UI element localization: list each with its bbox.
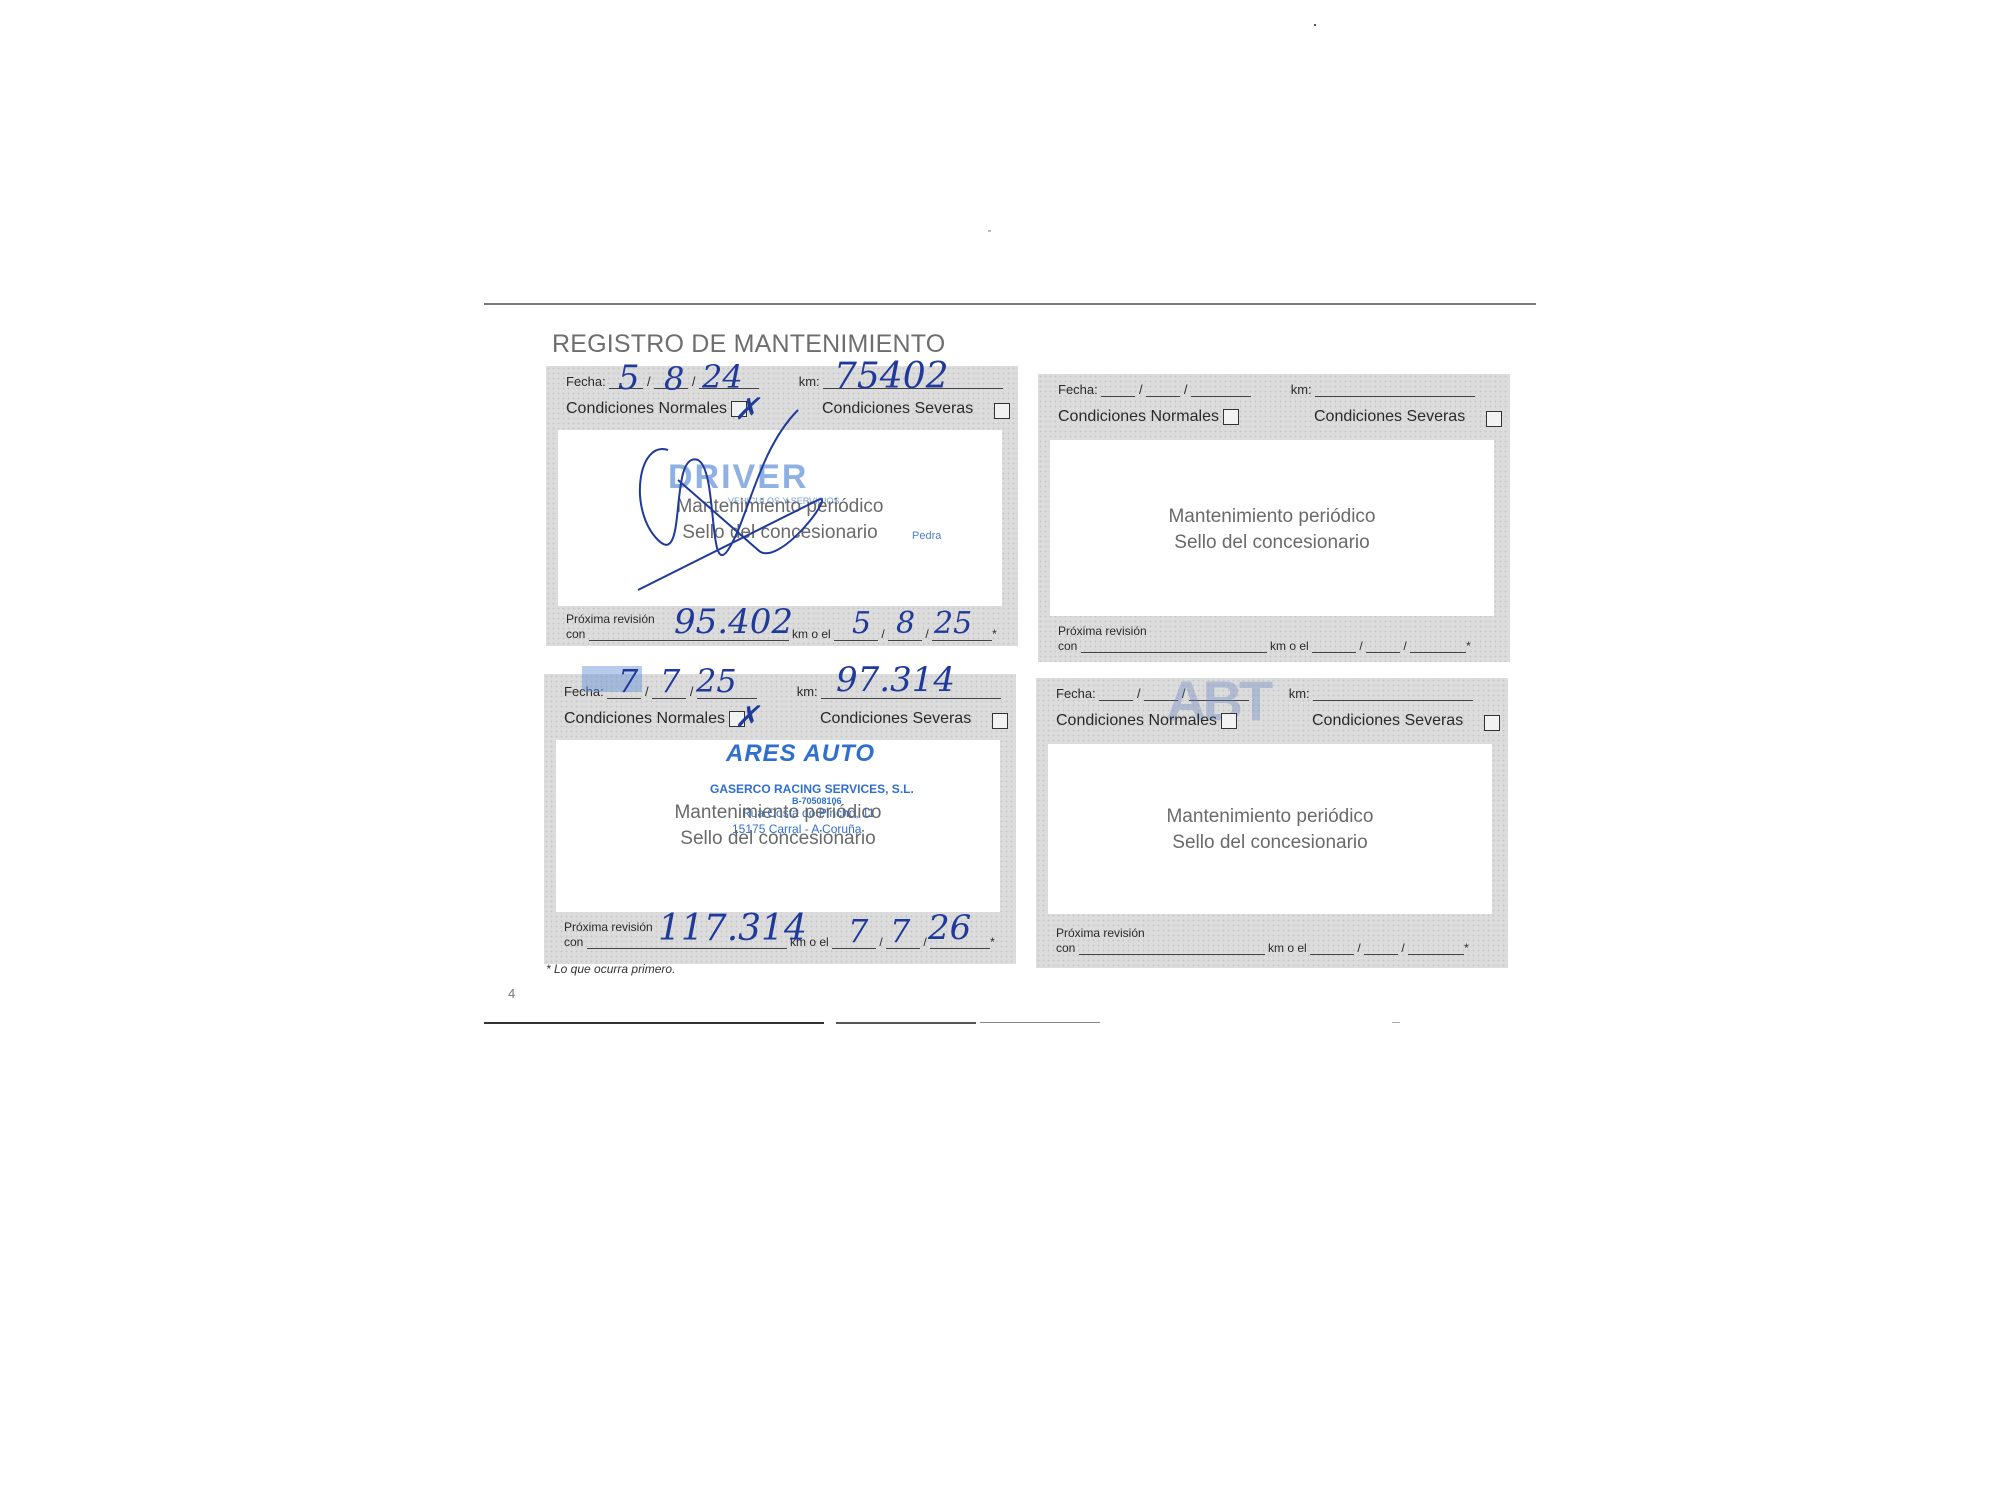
stamp-placeholder-text: Mantenimiento periódico Sello del conces… [1048, 804, 1492, 856]
dealer-stamp-box: Mantenimiento periódico Sello del conces… [1048, 744, 1492, 914]
handwritten-next-km: 117.314 [658, 908, 807, 949]
conditions-row: Condiciones Normales Condiciones Severas [1058, 408, 1498, 430]
stamp-line-1: Mantenimiento periódico [1048, 804, 1492, 830]
next-day-field[interactable] [1312, 638, 1356, 653]
dealer-stamp-box: Mantenimiento periódico Sello del conces… [1050, 440, 1494, 616]
severas-checkbox[interactable] [992, 713, 1008, 729]
next-month-field[interactable] [1366, 638, 1400, 653]
footnote: * Lo que ocurra primero. [546, 962, 675, 976]
date-km-row: Fecha: / / km: [1058, 382, 1498, 402]
severas-checkbox[interactable] [1486, 411, 1502, 427]
stamp-line-2: Sello del concesionario [1048, 830, 1492, 856]
next-day-field[interactable] [1310, 940, 1354, 955]
km-label: km: [1291, 382, 1312, 397]
km-label: km: [1289, 686, 1310, 701]
next-revision: Próxima revisión con km o el / / * [1056, 926, 1506, 955]
next-con-label: con [564, 935, 583, 949]
scan-speck [988, 230, 991, 232]
date-km-row: Fecha: / / km: [1056, 686, 1496, 706]
fecha-label: Fecha: [566, 374, 606, 389]
normales-checkbox[interactable] [1223, 409, 1239, 425]
fecha-year-field[interactable] [1191, 382, 1251, 397]
next-con-label: con [1056, 941, 1075, 955]
handwritten-fecha-day: 7 [618, 662, 638, 700]
stamp-line-1: Mantenimiento periódico [556, 800, 1000, 826]
severas-label: Condiciones Severas [820, 710, 971, 728]
scan-speck [1314, 24, 1316, 26]
page-title: REGISTRO DE MANTENIMIENTO [552, 330, 945, 359]
handwritten-next-km: 95.402 [674, 602, 793, 642]
next-km-field[interactable] [1081, 638, 1267, 653]
normales-checkbox[interactable] [1221, 713, 1237, 729]
checkmark-icon: ✗ [734, 700, 759, 735]
stamp-placeholder-text: Mantenimiento periódico Sello del conces… [1050, 504, 1494, 556]
bottom-rule [980, 1022, 1100, 1023]
normales-label: Condiciones Normales [564, 710, 725, 727]
asterisk: * [1466, 639, 1471, 653]
next-revision-label: Próxima revisión [1056, 926, 1506, 940]
next-km-field[interactable] [1079, 940, 1265, 955]
asterisk: * [992, 627, 997, 641]
normales-label: Condiciones Normales [1056, 712, 1217, 729]
stamp-line-2: Sello del concesionario [1050, 530, 1494, 556]
page-number: 4 [508, 986, 515, 1001]
dealer-stamp-line: GASERCO RACING SERVICES, S.L. [710, 782, 914, 796]
dealer-stamp-brand: ARES AUTO [726, 740, 875, 768]
handwritten-next-year: 26 [928, 908, 971, 948]
next-month-field[interactable] [1364, 940, 1398, 955]
handwritten-km: 97.314 [836, 660, 955, 700]
fecha-day-field[interactable] [1099, 686, 1133, 701]
handwritten-fecha-month: 7 [660, 662, 680, 700]
next-km-o-el-label: km o el [1268, 941, 1307, 955]
conditions-row: Condiciones Normales Condiciones Severas [1056, 712, 1496, 734]
dealer-stamp-box: ARES AUTO GASERCO RACING SERVICES, S.L. … [556, 740, 1000, 912]
stamp-placeholder-text: Mantenimiento periódico Sello del conces… [556, 800, 1000, 852]
next-con-label: con [566, 627, 585, 641]
maintenance-entry-1: Fecha: / / km: 5 8 24 75402 Condiciones … [546, 366, 1018, 646]
maintenance-entry-3: Fecha: / / km: 7 7 25 97.314 Condiciones… [544, 674, 1016, 964]
fecha-month-field[interactable] [1146, 382, 1180, 397]
stamp-line-2: Sello del concesionario [556, 826, 1000, 852]
handwritten-next-day: 7 [848, 912, 868, 950]
normales-label: Condiciones Normales [1058, 408, 1219, 425]
km-label: km: [797, 684, 818, 699]
maintenance-entry-4: Fecha: / / km: ABT Condiciones Normales … [1036, 678, 1508, 968]
conditions-row: Condiciones Normales Condiciones Severas [564, 710, 1004, 732]
next-revision: Próxima revisión con km o el / / * [1058, 624, 1508, 653]
fecha-day-field[interactable] [1101, 382, 1135, 397]
bottom-rule [484, 1022, 824, 1024]
km-field[interactable] [1313, 686, 1473, 701]
fecha-label: Fecha: [1056, 686, 1096, 701]
asterisk: * [1464, 941, 1469, 955]
severas-label: Condiciones Severas [1312, 712, 1463, 730]
severas-label: Condiciones Severas [1314, 408, 1465, 426]
next-year-field[interactable] [1410, 638, 1466, 653]
handwritten-next-year: 25 [934, 606, 972, 641]
next-year-field[interactable] [1408, 940, 1464, 955]
dealer-stamp-box: DRIVER VEHICULOS Y SERVICIOS Pedra Mante… [558, 430, 1002, 606]
bottom-rule [836, 1022, 976, 1024]
handwritten-next-month: 8 [896, 606, 915, 641]
asterisk: * [990, 935, 995, 949]
km-field[interactable] [1315, 382, 1475, 397]
signature-icon [558, 390, 1002, 630]
fecha-label: Fecha: [1058, 382, 1098, 397]
next-km-o-el-label: km o el [1270, 639, 1309, 653]
bottom-rule [1392, 1022, 1400, 1023]
handwritten-next-day: 5 [852, 606, 871, 641]
next-con-label: con [1058, 639, 1077, 653]
next-km-o-el-label: km o el [792, 627, 831, 641]
stamp-line-1: Mantenimiento periódico [1050, 504, 1494, 530]
next-revision-label: Próxima revisión [1058, 624, 1508, 638]
severas-checkbox[interactable] [1484, 715, 1500, 731]
top-rule [484, 303, 1536, 305]
handwritten-fecha-year: 25 [696, 662, 737, 700]
maintenance-entry-2: Fecha: / / km: Condiciones Normales Cond… [1038, 374, 1510, 662]
km-label: km: [799, 374, 820, 389]
handwritten-next-month: 7 [890, 912, 910, 950]
